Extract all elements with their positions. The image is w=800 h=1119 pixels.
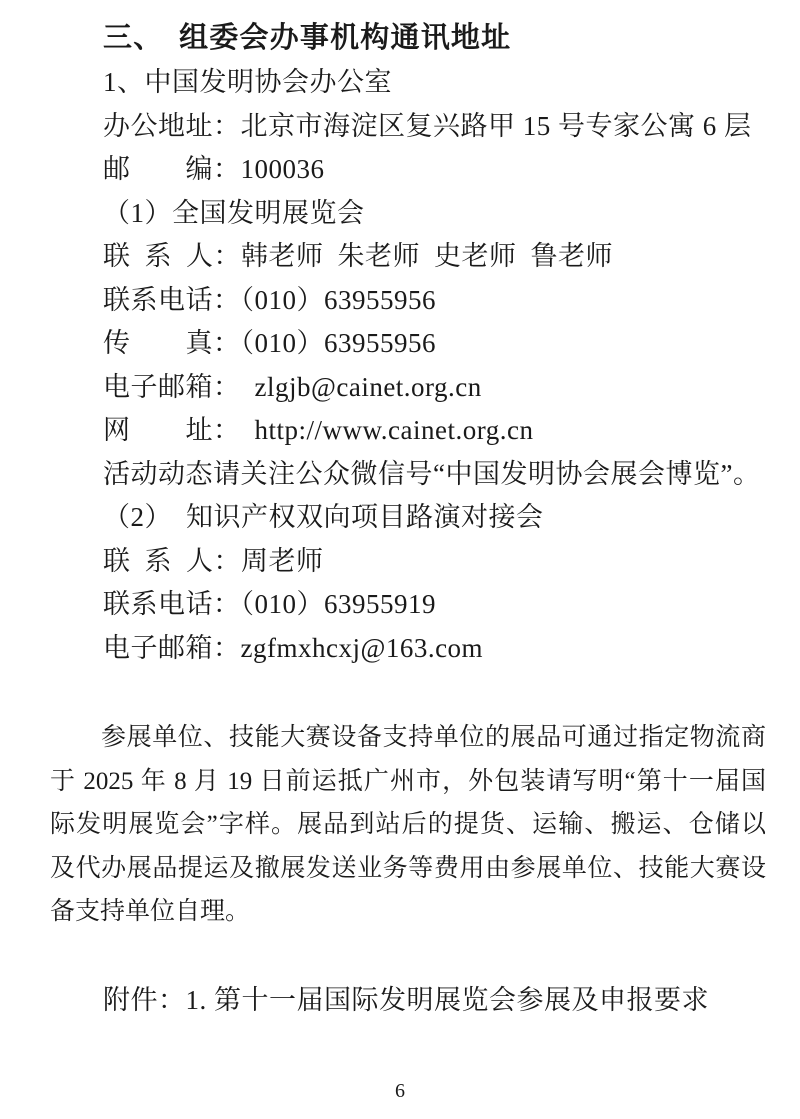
logistics-line: 及代办展品提运及撤展发送业务等费用由参展单位、技能大赛设 bbox=[50, 847, 766, 891]
logistics-line: 于 2025 年 8 月 19 日前运抵广州市，外包装请写明“第十一届国 bbox=[50, 760, 766, 804]
section-heading: 三、 组委会办事机构通讯地址 bbox=[50, 14, 766, 61]
exhibition-website: 网 址： http://www.cainet.org.cn bbox=[50, 409, 766, 453]
exhibition-fax: 传 真：（010）63955956 bbox=[50, 322, 766, 366]
roadshow-contact: 联 系 人：周老师 bbox=[50, 540, 766, 584]
logistics-line: 备支持单位自理。 bbox=[50, 890, 766, 934]
office-postcode: 邮 编：100036 bbox=[50, 148, 766, 192]
logistics-paragraph: 参展单位、技能大赛设备支持单位的展品可通过指定物流商 于 2025 年 8 月 … bbox=[50, 716, 766, 934]
roadshow-phone: 联系电话：（010）63955919 bbox=[50, 583, 766, 627]
attachment-line: 附件：1. 第十一届国际发明展览会参展及申报要求 bbox=[50, 979, 766, 1023]
page-number: 6 bbox=[0, 1080, 800, 1103]
exhibition-contacts: 联 系 人：韩老师 朱老师 史老师 鲁老师 bbox=[50, 235, 766, 279]
exhibition-title: （1）全国发明展览会 bbox=[50, 192, 766, 236]
exhibition-phone: 联系电话：（010）63955956 bbox=[50, 279, 766, 323]
office-address: 办公地址：北京市海淀区复兴路甲 15 号专家公寓 6 层 bbox=[50, 105, 766, 149]
logistics-line: 参展单位、技能大赛设备支持单位的展品可通过指定物流商 bbox=[50, 716, 766, 760]
wechat-note: 活动动态请关注公众微信号“中国发明协会展会博览”。 bbox=[50, 453, 766, 497]
roadshow-email: 电子邮箱：zgfmxhcxj@163.com bbox=[50, 627, 766, 671]
document-content: 三、 组委会办事机构通讯地址 1、中国发明协会办公室 办公地址：北京市海淀区复兴… bbox=[0, 0, 800, 1022]
office-title: 1、中国发明协会办公室 bbox=[50, 61, 766, 105]
roadshow-title: （2） 知识产权双向项目路演对接会 bbox=[50, 496, 766, 540]
logistics-line: 际发明展览会”字样。展品到站后的提货、运输、搬运、仓储以 bbox=[50, 803, 766, 847]
exhibition-email: 电子邮箱： zlgjb@cainet.org.cn bbox=[50, 366, 766, 410]
document-page: 三、 组委会办事机构通讯地址 1、中国发明协会办公室 办公地址：北京市海淀区复兴… bbox=[0, 0, 800, 1119]
